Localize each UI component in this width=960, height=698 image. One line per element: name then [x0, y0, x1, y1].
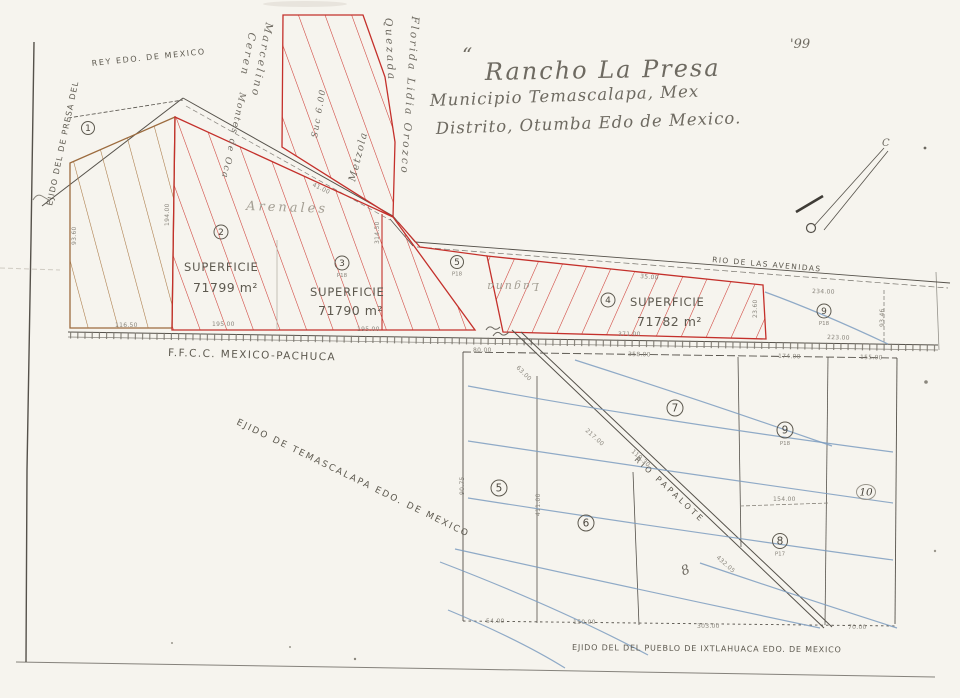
scan-smudge [263, 1, 347, 7]
ink-speck [924, 380, 928, 384]
lot-number: 5 [496, 483, 503, 495]
parcel2-superficie: SUPERFICIE [184, 260, 259, 274]
measurement: 90.75 [459, 476, 466, 495]
measurement: 371.00 [618, 331, 641, 338]
measurement: 303.00 [697, 623, 720, 630]
parcel3-area: 71790 m² [318, 303, 383, 318]
measurement: 70.00 [848, 624, 867, 631]
measurement: 154.00 [773, 496, 796, 503]
measurement: 234.00 [812, 288, 835, 296]
measurement: 80.00 [473, 347, 492, 354]
lot-number: 6 [583, 518, 590, 530]
survey-map: C “ Rancho La Presa '99 Municipio Temasc… [0, 0, 960, 698]
ink-speck [934, 550, 936, 552]
measurement: 174.00 [778, 353, 801, 360]
lot-number: 7 [672, 403, 679, 415]
measurement: 116.50 [115, 322, 138, 329]
measurement: 93.60 [71, 226, 78, 245]
measurement: 195.00 [357, 326, 380, 333]
lot-number: 8 [777, 536, 784, 548]
ink-speck [354, 658, 356, 660]
title-quote: “ [462, 43, 472, 67]
lot-number: 1 [85, 124, 91, 134]
ink-speck [171, 642, 173, 644]
lot-marker-10: 10 [857, 485, 876, 500]
measurement: 54.00 [486, 618, 505, 625]
note-laguna: Laguna [485, 280, 540, 293]
note-arenales: Arenales [245, 199, 328, 217]
lot-number: 9 [782, 425, 789, 437]
ink-speck [289, 646, 291, 648]
compass-letter: C [882, 138, 890, 149]
lot-point-id: P18 [819, 321, 830, 327]
measurement: 314.50 [374, 221, 381, 244]
measurement: 93.46 [879, 308, 886, 327]
lot-number: 5 [454, 258, 460, 268]
title-year: '99 [790, 37, 810, 52]
ink-speck [924, 147, 927, 150]
lot-number: 3 [339, 259, 345, 269]
measurement: 155.00 [860, 354, 883, 361]
scanned-survey-sheet: C “ Rancho La Presa '99 Municipio Temasc… [0, 0, 960, 698]
lot-point-id: P18 [452, 272, 463, 278]
lot-point-id: P18 [337, 273, 348, 279]
measurement: 223.00 [827, 334, 850, 342]
parcel3-superficie: SUPERFICIE [310, 285, 385, 299]
lot-number: 4 [605, 296, 611, 306]
lot-number: 10 [859, 487, 873, 499]
measurement: 195.00 [212, 321, 235, 328]
parcel2-area: 71799 m² [193, 280, 258, 295]
parcel4-superficie: SUPERFICIE [630, 295, 705, 309]
lot-number: 2 [218, 228, 224, 238]
measurement: 358.00 [628, 351, 651, 358]
lot-point-id: P18 [780, 441, 791, 447]
lot-point-id: P17 [775, 552, 786, 558]
measurement: 411.00 [535, 493, 542, 516]
measurement: 150.00 [573, 619, 596, 626]
measurement: 23.60 [752, 299, 759, 318]
parcel4-area: 71782 m² [637, 314, 702, 329]
measurement: 194.00 [164, 203, 171, 226]
lot-number: 9 [821, 307, 827, 317]
